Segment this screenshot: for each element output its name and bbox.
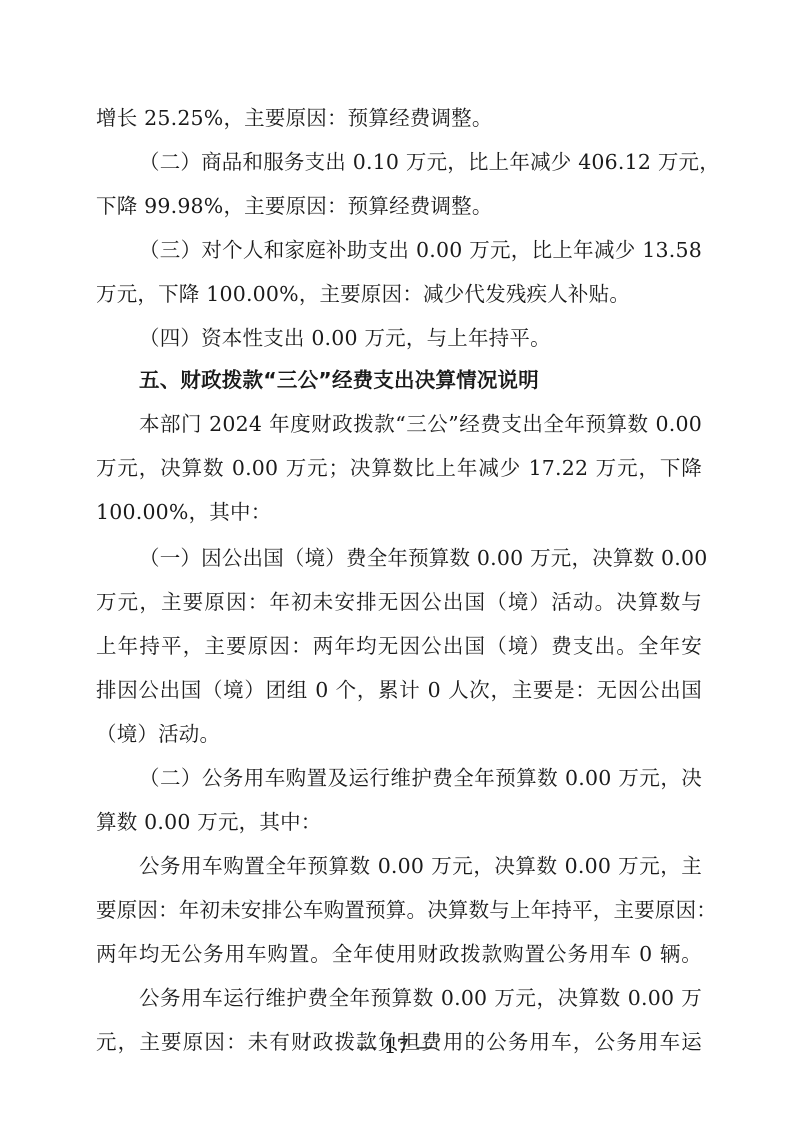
paragraph-line: 万元，决算数 0.00 万元；决算数比上年减少 17.22 万元，下降 (96, 454, 702, 482)
paragraph-line: 增长 25.25%，主要原因：预算经费调整。 (96, 104, 702, 132)
paragraph-line: （一）因公出国（境）费全年预算数 0.00 万元，决算数 0.00 (139, 544, 702, 572)
paragraph-line: （二）公务用车购置及运行维护费全年预算数 0.00 万元，决 (139, 764, 702, 792)
paragraph-line: 公务用车购置全年预算数 0.00 万元，决算数 0.00 万元，主 (139, 852, 702, 880)
paragraph-line: 排因公出国（境）团组 0 个，累计 0 人次，主要是：无因公出国 (96, 676, 702, 704)
paragraph-line: （境）活动。 (96, 720, 702, 748)
paragraph-line: （二）商品和服务支出 0.10 万元，比上年减少 406.12 万元， (139, 148, 702, 176)
paragraph-line: 万元，主要原因：年初未安排无因公出国（境）活动。决算数与 (96, 588, 702, 616)
paragraph-line: 公务用车运行维护费全年预算数 0.00 万元，决算数 0.00 万 (139, 984, 702, 1012)
paragraph-line: （四）资本性支出 0.00 万元，与上年持平。 (139, 324, 702, 352)
paragraph-line: 要原因：年初未安排公车购置预算。决算数与上年持平，主要原因： (96, 896, 702, 924)
paragraph-line: 本部门 2024 年度财政拨款“三公”经费支出全年预算数 0.00 (139, 410, 702, 438)
page-number: — 17 — (0, 1032, 793, 1060)
document-page: 增长 25.25%，主要原因：预算经费调整。（二）商品和服务支出 0.10 万元… (0, 0, 793, 1122)
section-heading: 五、财政拨款“三公”经费支出决算情况说明 (139, 366, 702, 394)
paragraph-line: 下降 99.98%，主要原因：预算经费调整。 (96, 192, 702, 220)
paragraph-line: 两年均无公务用车购置。全年使用财政拨款购置公务用车 0 辆。 (96, 940, 702, 968)
paragraph-line: （三）对个人和家庭补助支出 0.00 万元，比上年减少 13.58 (139, 236, 702, 264)
paragraph-line: 上年持平，主要原因：两年均无因公出国（境）费支出。全年安 (96, 632, 702, 660)
paragraph-line: 算数 0.00 万元，其中： (96, 808, 702, 836)
paragraph-line: 万元，下降 100.00%，主要原因：减少代发残疾人补贴。 (96, 280, 702, 308)
paragraph-line: 100.00%，其中： (96, 498, 702, 526)
